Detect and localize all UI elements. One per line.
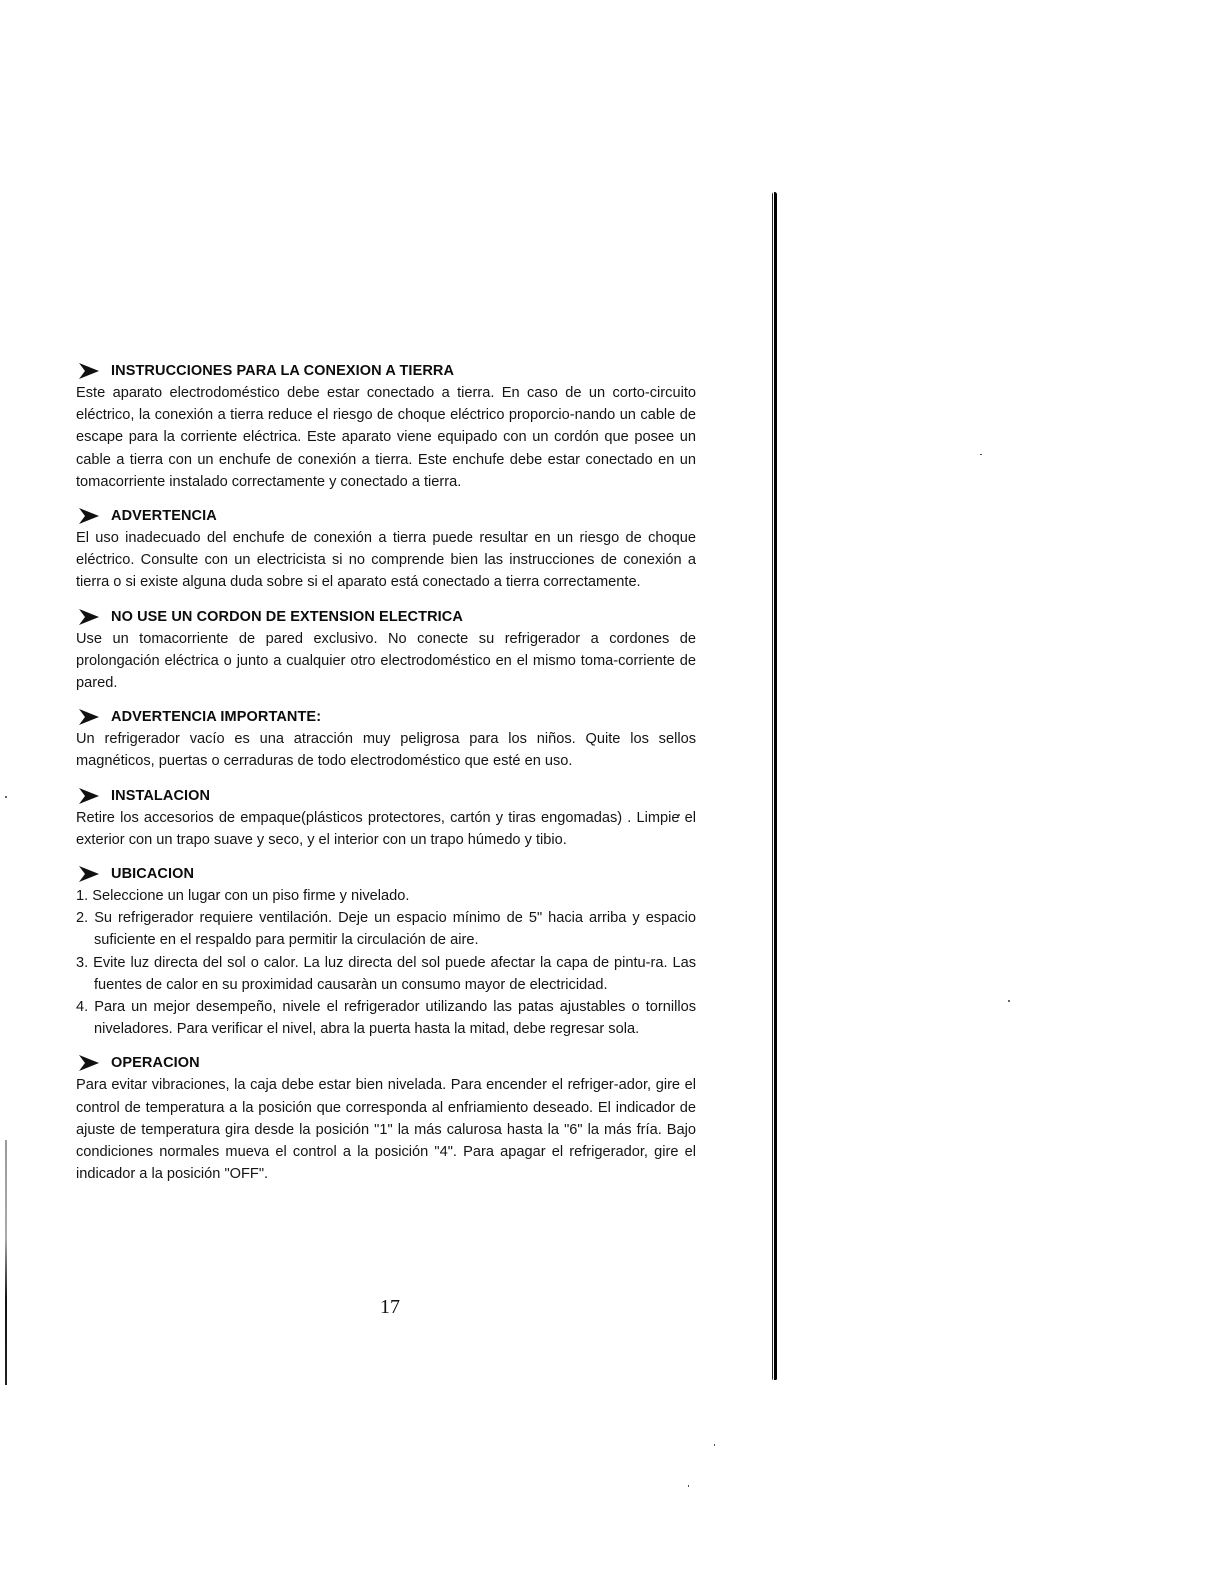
section-heading-text: INSTRUCCIONES PARA LA CONEXION A TIERRA — [111, 363, 454, 379]
scan-speck — [714, 1444, 715, 1446]
section-body: El uso inadecuado del enchufe de conexió… — [76, 527, 696, 594]
arrow-icon — [78, 1055, 100, 1071]
section-heading-text: INSTALACION — [111, 788, 210, 804]
section-grounding-instructions: INSTRUCCIONES PARA LA CONEXION A TIERRA … — [76, 360, 696, 493]
section-body: Use un tomacorriente de pared exclusivo.… — [76, 628, 696, 695]
section-heading: ADVERTENCIA — [76, 505, 696, 527]
section-body: Retire los accesorios de empaque(plástic… — [76, 807, 696, 851]
page-number: 17 — [380, 1296, 400, 1319]
list-item: 4. Para un mejor desempeño, nivele el re… — [76, 996, 696, 1040]
arrow-icon — [78, 788, 100, 804]
location-steps-list: 1. Seleccione un lugar con un piso firme… — [76, 885, 696, 1040]
section-location: UBICACION 1. Seleccione un lugar con un … — [76, 863, 696, 1040]
arrow-icon — [78, 363, 100, 379]
section-heading: ADVERTENCIA IMPORTANTE: — [76, 706, 696, 728]
section-heading-text: ADVERTENCIA IMPORTANTE: — [111, 709, 321, 725]
section-no-extension-cord: NO USE UN CORDON DE EXTENSION ELECTRICA … — [76, 606, 696, 695]
section-body: Este aparato electrodoméstico debe estar… — [76, 382, 696, 493]
scan-speck — [1008, 1000, 1010, 1002]
section-paragraph: Use un tomacorriente de pared exclusivo.… — [76, 628, 696, 695]
section-paragraph: Un refrigerador vacío es una atracción m… — [76, 728, 696, 772]
section-installation: INSTALACION Retire los accesorios de emp… — [76, 785, 696, 851]
scan-speck — [688, 1485, 689, 1487]
scan-speck — [980, 454, 982, 455]
list-item: 1. Seleccione un lugar con un piso firme… — [76, 885, 696, 907]
list-item: 2. Su refrigerador requiere ventilación.… — [76, 907, 696, 951]
section-important-warning: ADVERTENCIA IMPORTANTE: Un refrigerador … — [76, 706, 696, 772]
document-page: INSTRUCCIONES PARA LA CONEXION A TIERRA … — [76, 360, 696, 1197]
scan-speck — [5, 796, 7, 798]
section-heading-text: UBICACION — [111, 866, 194, 882]
section-warning: ADVERTENCIA El uso inadecuado del enchuf… — [76, 505, 696, 594]
section-heading: UBICACION — [76, 863, 696, 885]
section-body: Un refrigerador vacío es una atracción m… — [76, 728, 696, 772]
section-heading-text: NO USE UN CORDON DE EXTENSION ELECTRICA — [111, 609, 463, 625]
section-paragraph: Para evitar vibraciones, la caja debe es… — [76, 1074, 696, 1185]
arrow-icon — [78, 709, 100, 725]
scan-left-edge-line — [5, 1140, 7, 1385]
section-heading: NO USE UN CORDON DE EXTENSION ELECTRICA — [76, 606, 696, 628]
section-body: Para evitar vibraciones, la caja debe es… — [76, 1074, 696, 1185]
arrow-icon — [78, 609, 100, 625]
section-heading: OPERACION — [76, 1052, 696, 1074]
section-operation: OPERACION Para evitar vibraciones, la ca… — [76, 1052, 696, 1185]
section-heading-text: ADVERTENCIA — [111, 508, 217, 524]
section-paragraph: Este aparato electrodoméstico debe estar… — [76, 382, 696, 493]
section-heading-text: OPERACION — [111, 1055, 200, 1071]
section-paragraph: El uso inadecuado del enchufe de conexió… — [76, 527, 696, 594]
arrow-icon — [78, 866, 100, 882]
section-paragraph: Retire los accesorios de empaque(plástic… — [76, 807, 696, 851]
section-heading: INSTRUCCIONES PARA LA CONEXION A TIERRA — [76, 360, 696, 382]
section-heading: INSTALACION — [76, 785, 696, 807]
arrow-icon — [78, 508, 100, 524]
scan-binding-edge-line — [772, 192, 777, 1380]
list-item: 3. Evite luz directa del sol o calor. La… — [76, 952, 696, 996]
